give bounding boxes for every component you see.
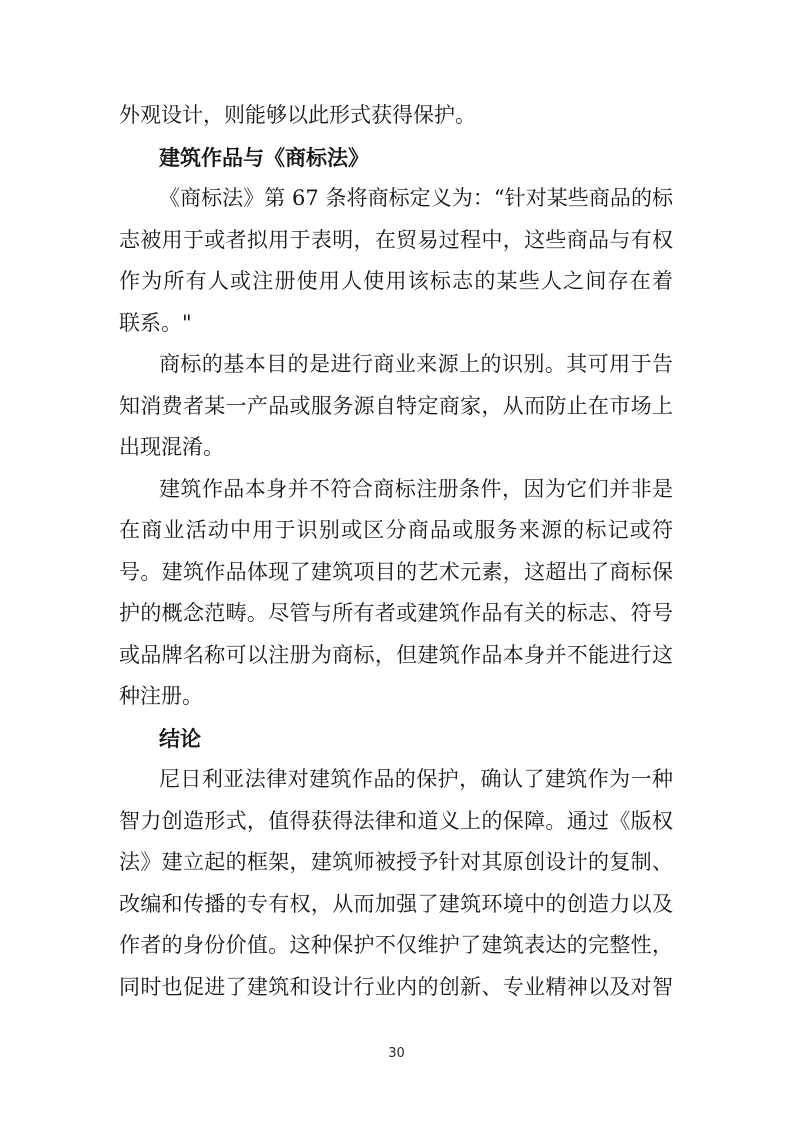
paragraph: 尼日利亚法律对建筑作品的保护，确认了建筑作为一种智力创造形式，值得获得法律和道义… xyxy=(119,759,673,1008)
text-line: 或品牌名称可以注册为商标，但建筑作品本身并不能进行这 xyxy=(119,635,673,677)
text-line: 出现混淆。 xyxy=(119,427,673,469)
text-line: 号。建筑作品体现了建筑项目的艺术元素，这超出了商标保 xyxy=(119,552,673,594)
text-line: 作者的身份价值。这种保护不仅维护了建筑表达的完整性， xyxy=(119,925,673,967)
heading-line: 结论 xyxy=(119,718,673,760)
text-line: 志被用于或者拟用于表明，在贸易过程中，这些商品与有权 xyxy=(119,220,673,262)
text-line: 同时也促进了建筑和设计行业内的创新、专业精神以及对智 xyxy=(119,967,673,1009)
document-body: 外观设计，则能够以此形式获得保护。建筑作品与《商标法》《商标法》第 67 条将商… xyxy=(119,95,673,1008)
paragraph: 外观设计，则能够以此形式获得保护。 xyxy=(119,95,673,137)
page-number: 30 xyxy=(0,1046,793,1061)
text-line: 智力创造形式，值得获得法律和道义上的保障。通过《版权 xyxy=(119,801,673,843)
section-heading: 结论 xyxy=(119,718,673,760)
text-line: 尼日利亚法律对建筑作品的保护，确认了建筑作为一种 xyxy=(119,759,673,801)
text-line: 联系。" xyxy=(119,303,673,345)
heading-line: 建筑作品与《商标法》 xyxy=(119,137,673,179)
text-line: 法》建立起的框架，建筑师被授予针对其原创设计的复制、 xyxy=(119,842,673,884)
text-line: 护的概念范畴。尽管与所有者或建筑作品有关的标志、符号 xyxy=(119,593,673,635)
text-line: 改编和传播的专有权，从而加强了建筑环境中的创造力以及 xyxy=(119,884,673,926)
text-line: 在商业活动中用于识别或区分商品或服务来源的标记或符 xyxy=(119,510,673,552)
text-line: 外观设计，则能够以此形式获得保护。 xyxy=(119,95,673,137)
text-line: 《商标法》第 67 条将商标定义为：“针对某些商品的标 xyxy=(119,178,673,220)
text-line: 作为所有人或注册使用人使用该标志的某些人之间存在着 xyxy=(119,261,673,303)
paragraph: 《商标法》第 67 条将商标定义为：“针对某些商品的标志被用于或者拟用于表明，在… xyxy=(119,178,673,344)
text-line: 建筑作品本身并不符合商标注册条件，因为它们并非是 xyxy=(119,469,673,511)
paragraph: 商标的基本目的是进行商业来源上的识别。其可用于告知消费者某一产品或服务源自特定商… xyxy=(119,344,673,469)
text-line: 种注册。 xyxy=(119,676,673,718)
document-page: 外观设计，则能够以此形式获得保护。建筑作品与《商标法》《商标法》第 67 条将商… xyxy=(0,0,793,1122)
text-line: 商标的基本目的是进行商业来源上的识别。其可用于告 xyxy=(119,344,673,386)
text-line: 知消费者某一产品或服务源自特定商家，从而防止在市场上 xyxy=(119,386,673,428)
paragraph: 建筑作品本身并不符合商标注册条件，因为它们并非是在商业活动中用于识别或区分商品或… xyxy=(119,469,673,718)
section-heading: 建筑作品与《商标法》 xyxy=(119,137,673,179)
